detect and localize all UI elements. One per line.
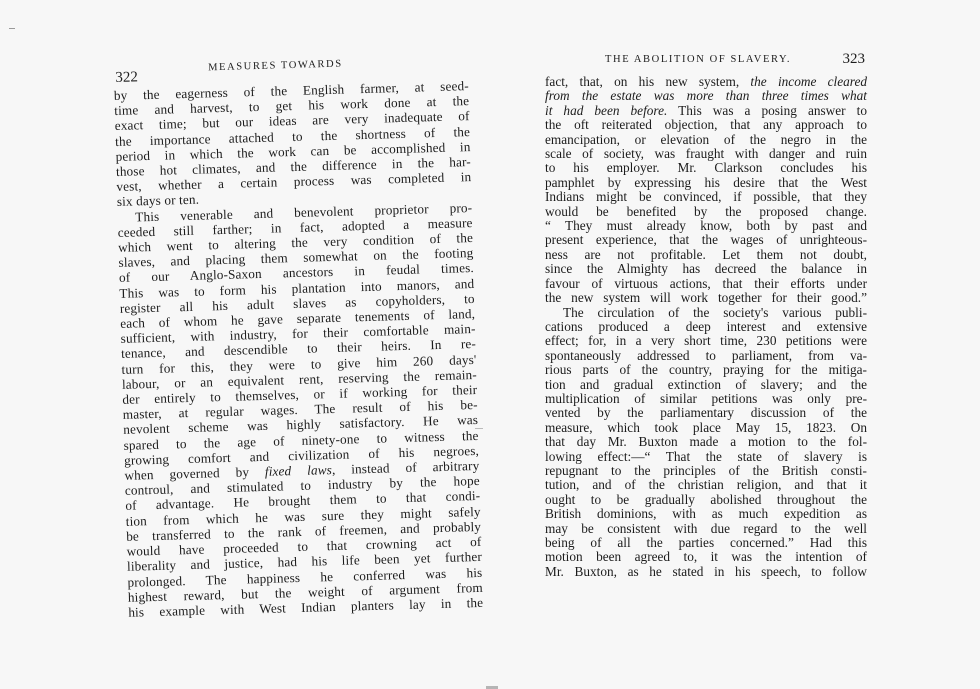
text-line: the new system will work together for th… xyxy=(545,291,867,305)
text-line: effect; for, in a very short time, 230 p… xyxy=(545,334,867,348)
italic-emphasis: fixed laws xyxy=(265,462,332,479)
text-line: tion and gradual extinction of slavery; … xyxy=(545,378,867,392)
text-line: vented by the parliamentary discussion o… xyxy=(545,406,867,420)
text-line: rious parts of the country, praying for … xyxy=(545,363,867,377)
text-line: present experience, that the wages of un… xyxy=(545,233,867,247)
page-number: 322 xyxy=(115,69,138,87)
left-page-body: by the eagerness of the English farmer, … xyxy=(114,78,484,620)
text-segment: This was a posing answer to xyxy=(667,103,867,118)
text-line: Mr. Buxton, as he stated in his speech, … xyxy=(545,565,867,579)
text-line-with-italic: it had been before. This was a posing an… xyxy=(545,104,867,118)
text-line: that day Mr. Buxton made a motion to the… xyxy=(545,435,867,449)
right-page: THE ABOLITION OF SLAVERY. 323 fact, that… xyxy=(545,51,867,579)
text-line-with-italic: fact, that, on his new system, the incom… xyxy=(545,75,867,89)
text-line: favour of virtuous actions, that their e… xyxy=(545,277,867,291)
scan-mark xyxy=(9,28,15,29)
text-line: would be benefited by the proposed chang… xyxy=(545,205,867,219)
page-number: 323 xyxy=(843,51,866,68)
text-line: lowing effect:—“ That the state of slave… xyxy=(545,450,867,464)
text-line: since the Almighty has decreed the balan… xyxy=(545,262,867,276)
text-line: multiplication of similar petitions was … xyxy=(545,392,867,406)
running-head: THE ABOLITION OF SLAVERY. xyxy=(605,54,791,65)
text-line: motion been agreed to, it was the intent… xyxy=(545,550,867,564)
text-line: being of all the parties concerned.” Had… xyxy=(545,536,867,550)
text-line: cations produced a deep interest and ext… xyxy=(545,320,867,334)
text-line: British dominions, with as much expediti… xyxy=(545,507,867,521)
italic-line: from the estate was more than three time… xyxy=(545,89,867,103)
text-line: ought to be gradually abolished througho… xyxy=(545,493,867,507)
text-line: tution, and of the christian religion, a… xyxy=(545,478,867,492)
text-line: “ They must already know, both by past a… xyxy=(545,219,867,233)
right-page-body: fact, that, on his new system, the incom… xyxy=(545,75,867,579)
text-line: emancipation, or elevation of the negro … xyxy=(545,133,867,147)
text-line: may be consistent with due regard to the… xyxy=(545,522,867,536)
italic-emphasis: it had been before. xyxy=(545,103,667,118)
text-line: Indians might be convinced, if possible,… xyxy=(545,190,867,204)
text-line: scale of society, was fraught with dange… xyxy=(545,147,867,161)
text-line: to his employer. Mr. Clarkson concludes … xyxy=(545,161,867,175)
right-page-header: THE ABOLITION OF SLAVERY. 323 xyxy=(545,51,867,71)
paragraph-start: The circulation of the society's various… xyxy=(545,306,867,320)
running-head: MEASURES TOWARDS xyxy=(208,59,343,74)
text-line: repugnant to the principles of the Briti… xyxy=(545,464,867,478)
italic-emphasis: the income cleared xyxy=(750,74,867,89)
text-line: spontaneously addressed to parliament, f… xyxy=(545,349,867,363)
left-page: 322 MEASURES TOWARDS by the eagerness of… xyxy=(113,54,483,620)
text-segment: fact, that, on his new system, xyxy=(545,74,750,89)
text-line: pamphlet by expressing his desire that t… xyxy=(545,176,867,190)
text-line: ness are not profitable. Let them not do… xyxy=(545,248,867,262)
text-line: the oft reiterated objection, that any a… xyxy=(545,118,867,132)
text-line: measure, which took place May 15, 1823. … xyxy=(545,421,867,435)
